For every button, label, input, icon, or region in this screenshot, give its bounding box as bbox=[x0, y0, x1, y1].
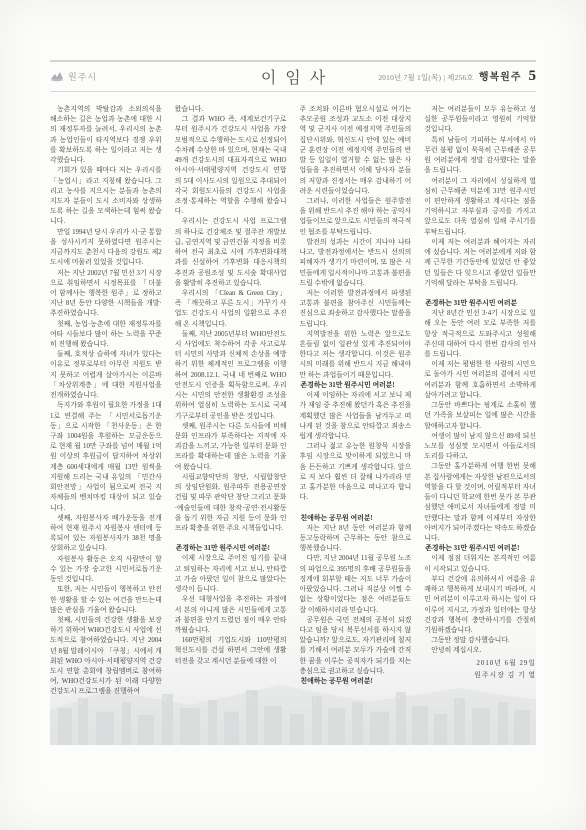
article-paragraph: 지역발전을 위한 노력은 앞으로도 흔들림 없이 일관성 있게 추진되어야 한다… bbox=[300, 330, 412, 381]
masthead-name: 행복원주 bbox=[479, 68, 522, 83]
article-paragraph: 자원봉사 활동은 오직 사람만이 할 수 있는 가장 숭고한 시민서로돕기운동인… bbox=[50, 555, 162, 586]
section-heading: 친애하는 공무원 여러분! bbox=[300, 514, 412, 524]
issue-info: 2010년 7월 1일(목) | 제256호 행복원주 5 bbox=[378, 68, 536, 85]
section-heading: 존경하는 31만 원주시민 여러분 bbox=[424, 299, 536, 309]
article-column-3: 주 조치와 이른바 혐오시설로 여기는 추모공원 조성과 교도소 이전 대상지역… bbox=[300, 105, 412, 745]
page-title: 이임사 bbox=[252, 65, 334, 88]
article-paragraph: 특히 남들이 기피하는 부서에서 아무런 불평 없이 묵묵히 근무해준 공무원 … bbox=[424, 136, 536, 177]
section-heading: 존경하는 31만 원주시민 여러분! bbox=[175, 544, 287, 554]
article-paragraph: 저는 이러한 발전과정에서 파생된 고통과 불편을 참아주신 시민들께는 진심으… bbox=[300, 289, 412, 330]
article-paragraph: 부디 건강에 유의하셔서 여름을 유쾌하고 행복하게 보내시기 바라며, 시민 … bbox=[424, 575, 536, 636]
article-paragraph: 둘째, 호적상 슬하에 자녀가 있다는 이유로 정부로부터 아무런 지원도 받지… bbox=[50, 350, 162, 401]
article-paragraph: 여러분이 그 자리에서 성실하게 열심히 근무해준 덕분에 31만 원주시민이 … bbox=[424, 177, 536, 238]
article-paragraph: 그 결과 WHO 즉, 세계보건기구로부터 원주시가 건강도시 사업을 가장 모… bbox=[175, 115, 287, 217]
section-heading: 존경하는 31만 원주시민 여러분! bbox=[300, 381, 412, 391]
article-paragraph: 독지가와 후원이 필요한 가정을 1대1로 연결해 주는 「시민서로돕기운동」으… bbox=[50, 401, 162, 513]
article-paragraph: 이제 점점 더워지는 본격적인 여름이 시작되고 있습니다. bbox=[424, 554, 536, 574]
article-paragraph: 우선 대형사업을 추진하는 과정에서 본의 아니게 많은 시민들에게 고통과 불… bbox=[175, 595, 287, 636]
article-paragraph: 다만, 지난 2004년 11월 공무원 노조의 파업으로 395명의 후배 공… bbox=[300, 554, 412, 615]
article-paragraph: 그동안 홀가분하게 여행 한번 못해 본 집사람에게는 자상한 남편으로서의 역… bbox=[424, 462, 536, 544]
article-paragraph: 우리시는 건강도시 사업 프로그램의 하나로 건강체조 및 절주잔 개발보급, … bbox=[175, 217, 287, 289]
section-heading: 존경하는 31만 원주시민 여러분! bbox=[424, 544, 536, 554]
article-paragraph: 안녕히 계십시오. bbox=[424, 646, 536, 656]
article-paragraph: 이제 이임하는 자리에 서고 보니 제가 재임 중 추진해 왔던가 혹은 추진을… bbox=[300, 391, 412, 442]
article-paragraph: 첫째, 농업·농촌에 대한 재정투자를 여타 시들보다 많이 하는 노력을 꾸준… bbox=[50, 320, 162, 351]
article-paragraph: 이제 시장으로 주어진 임기를 끝내고 퇴임하는 자리에 서고 보니, 안타깝고… bbox=[175, 554, 287, 595]
publisher-brand: 원주시 bbox=[50, 70, 97, 83]
article-paragraph: 저는 지난 8년 동안 여러분과 함께 동고동락하며 근무하는 동안 참으로 행… bbox=[300, 524, 412, 555]
article-paragraph: 첫째, 시민들의 건강한 생활을 보장하기 위하여 WHO건강도시 사업에 선도… bbox=[50, 616, 162, 698]
article-column-4: 저는 여러분들이 모두 유능하고 성실한 공무원들이라고 영원히 기억할 것입니… bbox=[424, 105, 536, 745]
article-paragraph: 주 조치와 이른바 혐오시설로 여기는 추모공원 조성과 교도소 이전 대상지역… bbox=[300, 105, 412, 197]
header-bottom-rule bbox=[50, 91, 536, 92]
article-paragraph: 기회가 있을 때마다 저는 우리시를 「농업시」라고 지칭해 왔습니다. 그리고… bbox=[50, 166, 162, 227]
article-paragraph: 160만평의 기업도시와 110만평의 혁신도시를 건설 하면서 그안에 생활 … bbox=[175, 636, 287, 667]
article-column-2: 왔습니다.그 결과 WHO 즉, 세계보건기구로부터 원주시가 건강도시 사업을… bbox=[175, 105, 287, 745]
article-paragraph: 저는 여러분들이 모두 유능하고 성실한 공무원들이라고 영원히 기억할 것입니… bbox=[424, 105, 536, 136]
article-paragraph: 시립교향악단의 창단, 시립합창단의 상임단원화, 원주따뚜 전용공연장 건립 … bbox=[175, 473, 287, 534]
article-column-1: 농촌지역의 박탈감과 소외의식을 해소하는 길은 농업과 농촌에 대한 시의 재… bbox=[50, 105, 162, 745]
publisher-name: 원주시 bbox=[68, 70, 97, 83]
wonju-city-logo-icon bbox=[50, 71, 64, 82]
page-number: 5 bbox=[529, 68, 537, 85]
newspaper-page: 원주시 이임사 2010년 7월 1일(목) | 제256호 행복원주 5 bbox=[0, 0, 586, 830]
article-paragraph: 셋째, 원주시는 다른 도시들에 비해 문화 인프라가 부족하다는 지적에 자괴… bbox=[175, 422, 287, 473]
article-paragraph: 여생이 많이 남지 않으신 89세 되신 노모를 성심껏 모시면서 아들로서의 … bbox=[424, 432, 536, 463]
issue-date: 2010년 7월 1일(목) | 제256호 bbox=[378, 72, 474, 83]
article-paragraph: 또한, 저는 시민들이 행복하고 안전한 생활을 할 수 있는 여건을 만드는데… bbox=[50, 585, 162, 616]
article-paragraph: 둘째, 지난 2005년부터 WHO안전도시 사업에도 착수하여 각종 사고로부… bbox=[175, 330, 287, 422]
article-paragraph: 저는 지난 2002년 7월 민선 3기 시장으로 취임하면서 시정목표를 「더… bbox=[50, 269, 162, 320]
article-paragraph: 그러나, 이러한 사업들은 원주발전을 위해 반드시 추진 해야 하는 공익사업… bbox=[300, 197, 412, 238]
article-paragraph: 그동안 바쁘다는 핑계로 소홀히 했던 가족을 보살피는 일에 많은 시간을 할… bbox=[424, 401, 536, 432]
article-paragraph: 만일 1994년 당시 우리가 시·군 통합을 성사시키지 못하였다면 원주시는… bbox=[50, 228, 162, 269]
article-paragraph: 왔습니다. bbox=[175, 105, 287, 115]
article-body: 농촌지역의 박탈감과 소외의식을 해소하는 길은 농업과 농촌에 대한 시의 재… bbox=[50, 105, 536, 745]
article-paragraph: 이제 저는 평범한 한 사람의 시민으로 돌아가 시민 여러분의 곁에서 시민 … bbox=[424, 360, 536, 401]
article-paragraph: 이제 저는 여러분과 헤어지는 자리에 섰습니다. 저는 여러분에게 저와 함께… bbox=[424, 238, 536, 289]
section-heading: 친애하는 공무원 여러분! bbox=[300, 677, 412, 687]
article-paragraph: 발전의 성과는 시간이 지나야 나타나고, 발전과정에서는 반드시 선의의 피해… bbox=[300, 238, 412, 289]
page-header: 원주시 이임사 2010년 7월 1일(목) | 제256호 행복원주 5 bbox=[50, 60, 536, 92]
article-paragraph: 지난 8년간 민선 3·4기 시장으로 일해 오는 동안 여러 모로 부족한 저… bbox=[424, 309, 536, 360]
article-paragraph: 그러나 젊고 유능한 원창묵 시장을 후임 시장으로 맞이하게 되었으니 마음 … bbox=[300, 442, 412, 503]
article-paragraph: 우리시의 「Clean & Green City」 즉 「깨끗하고 푸른 도시」… bbox=[175, 289, 287, 330]
article-paragraph: 농촌지역의 박탈감과 소외의식을 해소하는 길은 농업과 농촌에 대한 시의 재… bbox=[50, 105, 162, 166]
article-paragraph: 공무원은 국민 전체의 공복이 되겠다고 임용 당시 복무선서를 하시지 않았습… bbox=[300, 616, 412, 677]
signature-line: 원주시장 김 기 열 bbox=[424, 671, 536, 681]
article-paragraph: 그동안 정말 감사했습니다. bbox=[424, 636, 536, 646]
article-paragraph: 셋째, 자원봉사자 배가운동을 전개하여 현재 원주시 자원봉사 센터에 등록되… bbox=[50, 514, 162, 555]
signature-line: 2010년 6월 29일 bbox=[424, 659, 536, 669]
